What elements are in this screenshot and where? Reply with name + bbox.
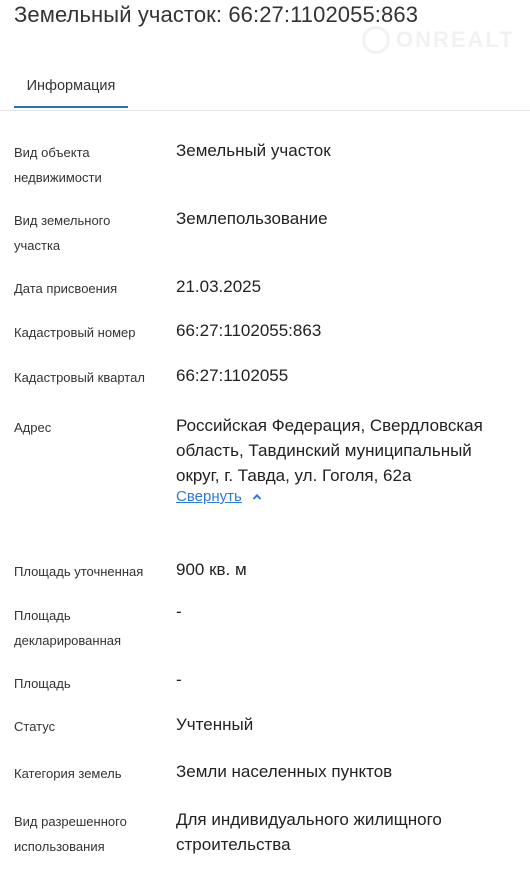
field-status: Статус Учтенный [0, 714, 530, 761]
tab-bar: Информация [0, 68, 530, 111]
field-value: - [176, 599, 530, 671]
field-area-declared: Площадь декларированная - [0, 603, 530, 671]
field-value: Земли населенных пунктов [176, 759, 530, 809]
field-label: Статус [0, 714, 176, 761]
chevron-up-icon[interactable] [252, 492, 262, 502]
collapse-toggle[interactable]: Свернуть [176, 488, 530, 505]
home-icon [362, 26, 390, 54]
field-value: Землепользование [176, 206, 530, 276]
watermark-text: ONREALT [396, 27, 515, 53]
field-value: Российская Федерация, Свердловская облас… [176, 413, 530, 488]
collapse-link[interactable]: Свернуть [176, 488, 242, 505]
field-value-block: Российская Федерация, Свердловская облас… [176, 413, 530, 559]
field-address: Адрес Российская Федерация, Свердловская… [0, 415, 530, 559]
field-object-type: Вид объекта недвижимости Земельный участ… [0, 140, 530, 208]
page-title: Земельный участок: 66:27:1102055:863 [14, 2, 418, 28]
tab-information[interactable]: Информация [14, 68, 128, 108]
field-value: Учтенный [176, 712, 530, 761]
field-label: Категория земель [0, 761, 176, 809]
field-label: Кадастровый квартал [0, 365, 176, 415]
field-value: - [176, 667, 530, 714]
field-land-category: Категория земель Земли населенных пункто… [0, 761, 530, 809]
field-value: 66:27:1102055 [176, 363, 530, 415]
field-value: 900 кв. м [176, 557, 530, 603]
field-label: Вид объекта недвижимости [0, 140, 150, 208]
field-assignment-date: Дата присвоения 21.03.2025 [0, 276, 530, 320]
field-area-specified: Площадь уточненная 900 кв. м [0, 559, 530, 603]
field-value: Для индивидуального жилищного строительс… [176, 807, 530, 869]
field-value: 21.03.2025 [176, 274, 530, 320]
field-label: Площадь декларированная [0, 603, 150, 671]
field-label: Площадь уточненная [0, 559, 176, 603]
field-area: Площадь - [0, 671, 530, 714]
field-label: Вид разрешенного использования [0, 809, 150, 869]
watermark-logo: ONREALT [362, 22, 522, 58]
field-permitted-use: Вид разрешенного использования Для индив… [0, 809, 530, 869]
field-label: Адрес [0, 415, 176, 559]
field-label: Дата присвоения [0, 276, 176, 320]
property-details: Вид объекта недвижимости Земельный участ… [0, 140, 530, 869]
field-value: 66:27:1102055:863 [176, 318, 530, 365]
field-label: Кадастровый номер [0, 320, 176, 365]
field-cadastral-number: Кадастровый номер 66:27:1102055:863 [0, 320, 530, 365]
field-cadastral-quarter: Кадастровый квартал 66:27:1102055 [0, 365, 530, 415]
field-label: Площадь [0, 671, 176, 714]
field-label: Вид земельного участка [0, 208, 150, 276]
field-value: Земельный участок [176, 138, 530, 208]
field-land-type: Вид земельного участка Землепользование [0, 208, 530, 276]
